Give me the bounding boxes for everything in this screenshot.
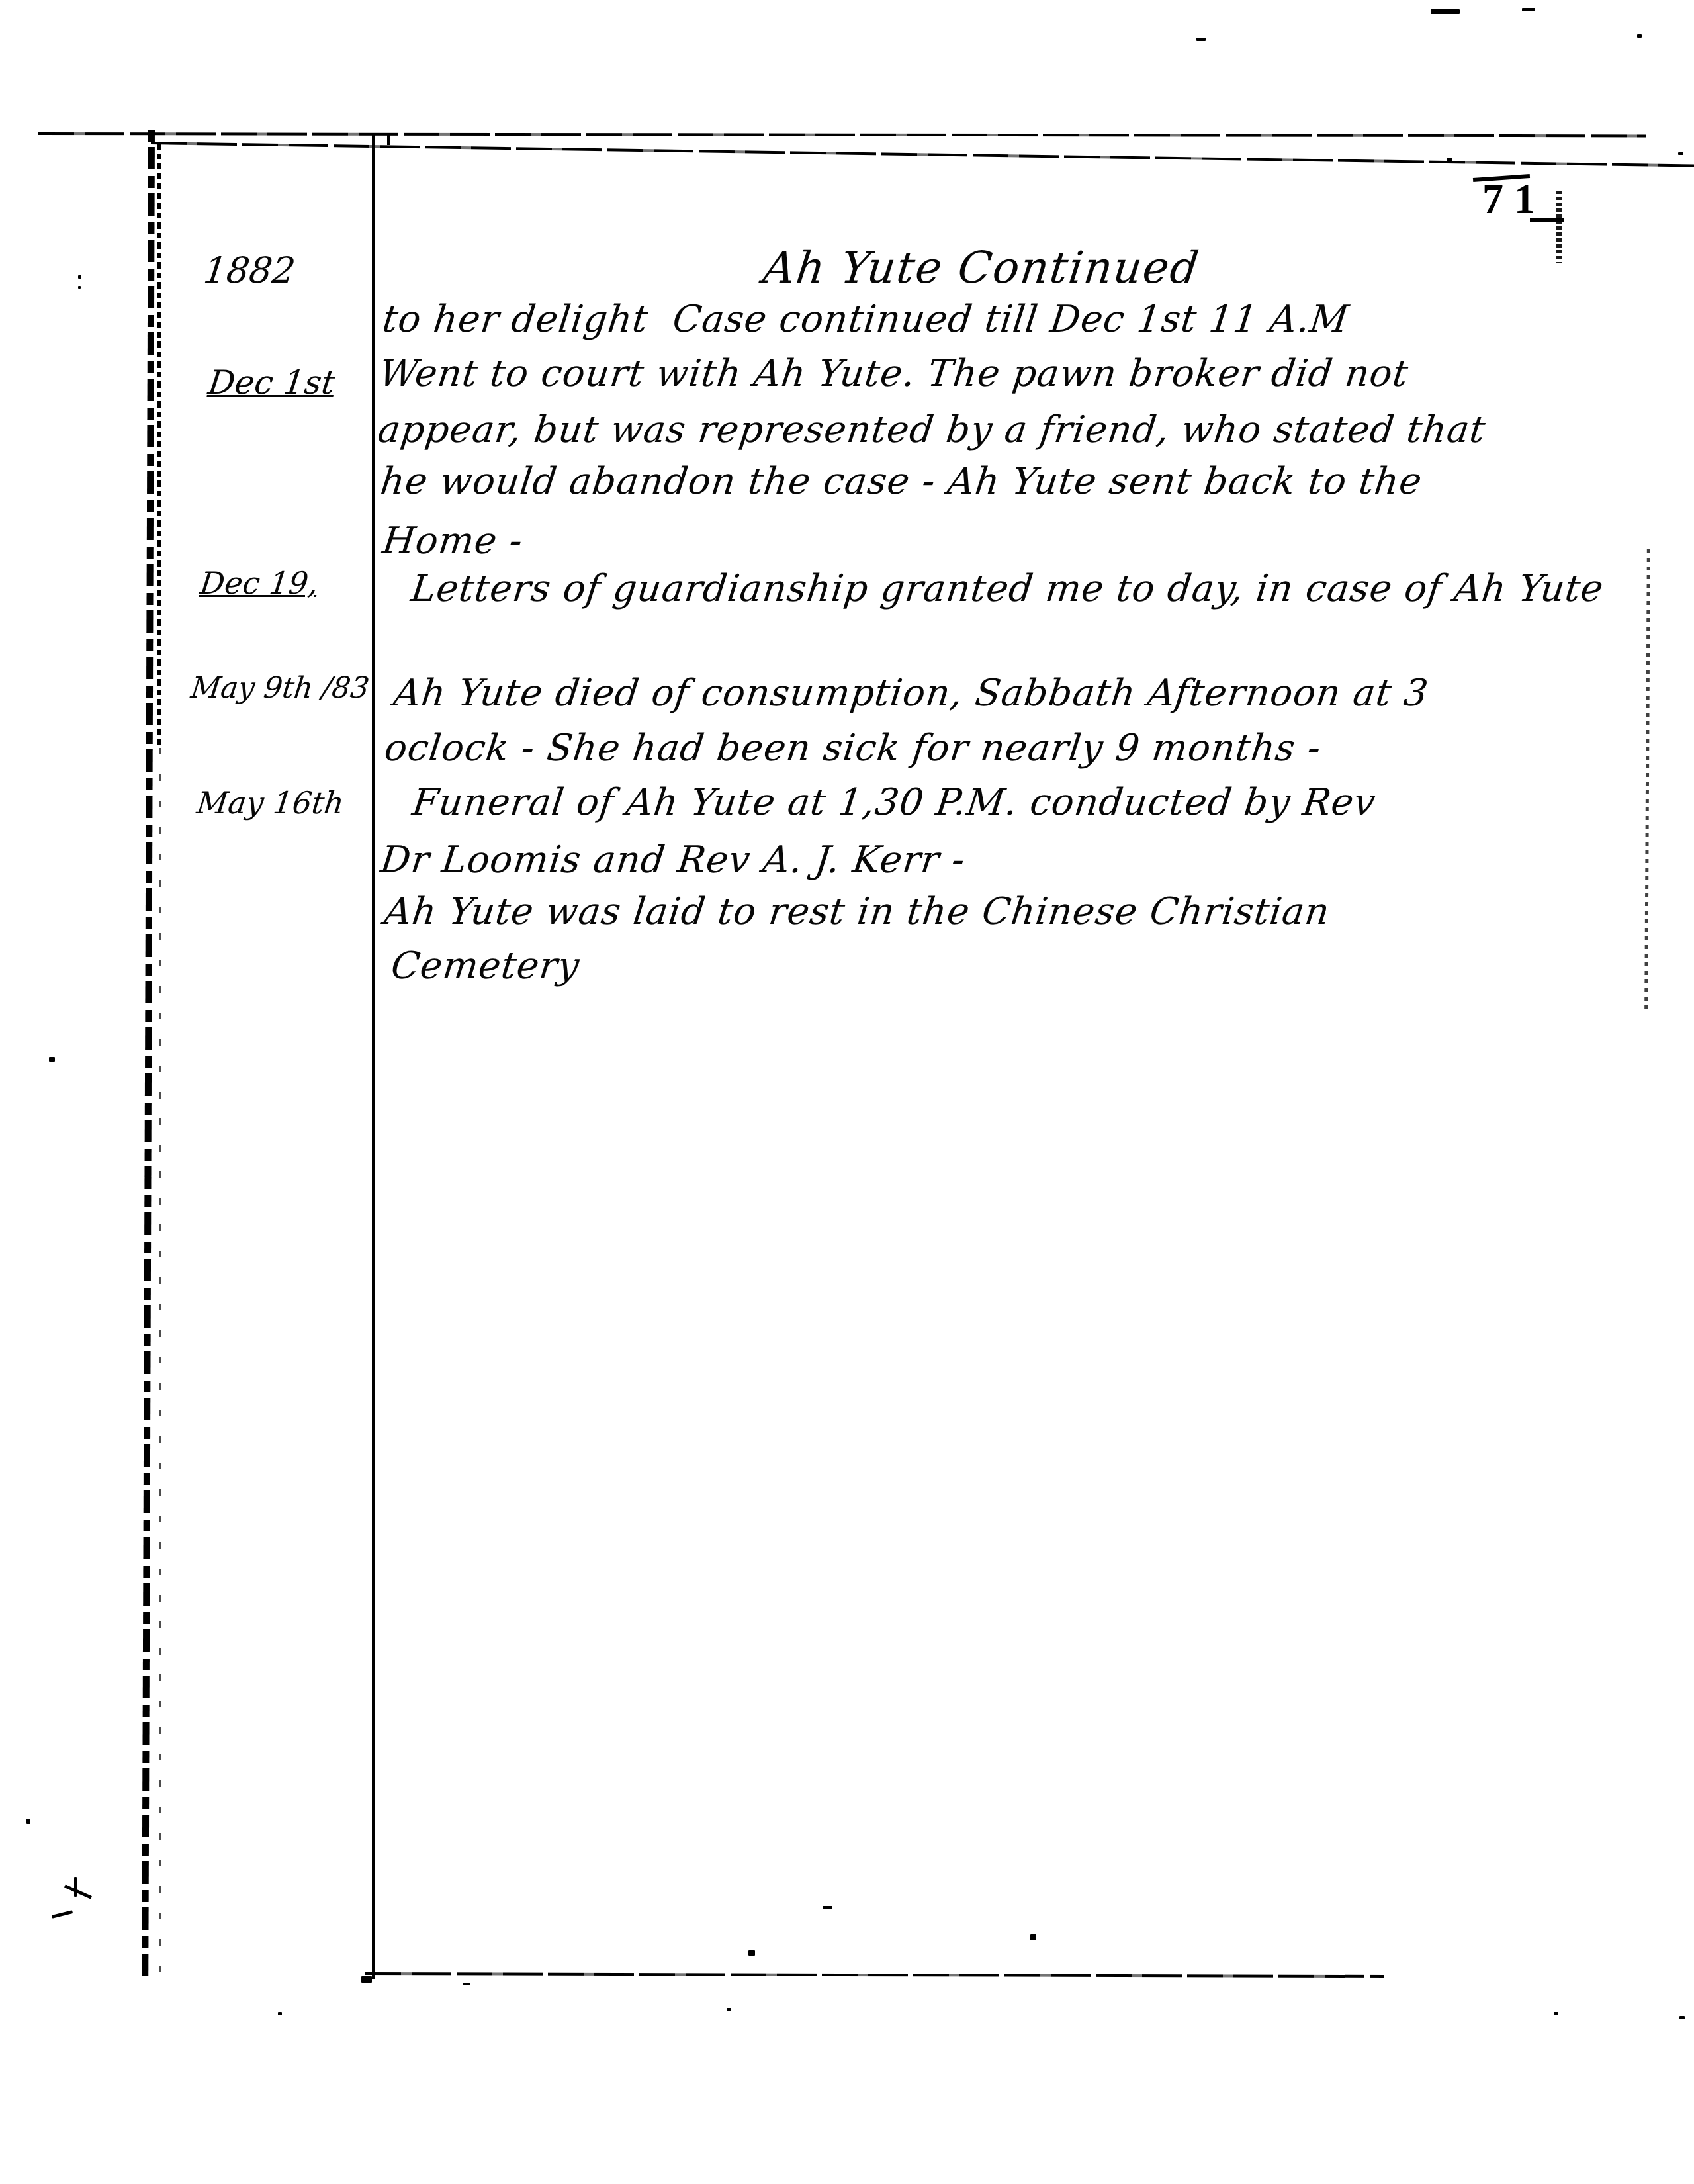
right-edge-dots — [1644, 549, 1650, 1013]
margin-rule — [372, 135, 375, 1979]
scan-speck — [1678, 152, 1683, 155]
margin-date-may16: May 16th — [195, 788, 345, 818]
top-rule-primary — [38, 132, 1646, 137]
torn-corner-curl — [64, 1884, 92, 1899]
manuscript-line: Funeral of Ah Yute at 1,30 P.M. conducte… — [410, 784, 1378, 821]
scan-speck — [1522, 8, 1535, 11]
scan-speck — [1431, 9, 1460, 14]
scan-speck — [78, 286, 81, 289]
manuscript-line: oclock - She had been sick for nearly 9 … — [382, 730, 1323, 767]
margin-year: 1882 — [202, 253, 297, 289]
manuscript-line: he would abandon the case - Ah Yute sent… — [379, 463, 1424, 500]
scan-speck — [49, 1057, 55, 1062]
manuscript-line: Home - — [380, 523, 525, 560]
margin-date-dec19: Dec 19, — [199, 568, 320, 598]
margin-date-may9: May 9th /83 — [189, 674, 371, 703]
page-number: 71 — [1482, 175, 1546, 224]
scan-speck — [727, 2008, 731, 2011]
top-rule-secondary — [151, 142, 1694, 167]
manuscript-line: appear, but was represented by a friend,… — [376, 412, 1488, 449]
torn-corner-curl — [74, 1877, 77, 1897]
left-torn-edge-lower — [159, 748, 161, 1972]
top-rule-tick — [387, 133, 390, 145]
scan-speck — [1637, 34, 1642, 38]
bottom-rule — [365, 1972, 1384, 1978]
scan-speck — [1196, 38, 1206, 41]
manuscript-page: 71 Ah Yute Continued 1882 Dec 1st Dec 19… — [0, 0, 1694, 2184]
scan-speck — [1030, 1934, 1036, 1940]
manuscript-line: Went to court with Ah Yute. The pawn bro… — [377, 355, 1411, 392]
left-torn-edge — [142, 130, 155, 1978]
manuscript-line: Letters of guardianship granted me to da… — [409, 570, 1606, 608]
torn-corner-curl — [26, 1819, 30, 1824]
scan-speck — [463, 1983, 470, 1985]
manuscript-line: Ah Yute died of consumption, Sabbath Aft… — [392, 675, 1431, 712]
left-torn-edge-inner — [157, 139, 161, 748]
margin-rule-foot-blot — [361, 1976, 372, 1983]
manuscript-line: Ah Yute was laid to rest in the Chinese … — [382, 893, 1332, 931]
scan-speck — [748, 1950, 755, 1956]
scan-speck — [1447, 158, 1452, 163]
vertical-print-artifact — [1556, 191, 1562, 263]
manuscript-line: Cemetery — [389, 948, 582, 985]
manuscript-line: to her delight Case continued till Dec 1… — [380, 301, 1351, 338]
scan-speck — [78, 275, 81, 279]
torn-corner-curl — [52, 1910, 73, 1919]
scan-speck — [1554, 2012, 1558, 2015]
margin-date-dec1: Dec 1st — [206, 366, 337, 399]
scan-speck — [1679, 2016, 1685, 2019]
scan-speck — [278, 2012, 282, 2015]
entry-title: Ah Yute Continued — [761, 246, 1202, 290]
scan-speck — [823, 1906, 832, 1909]
manuscript-line: Dr Loomis and Rev A. J. Kerr - — [379, 842, 967, 879]
